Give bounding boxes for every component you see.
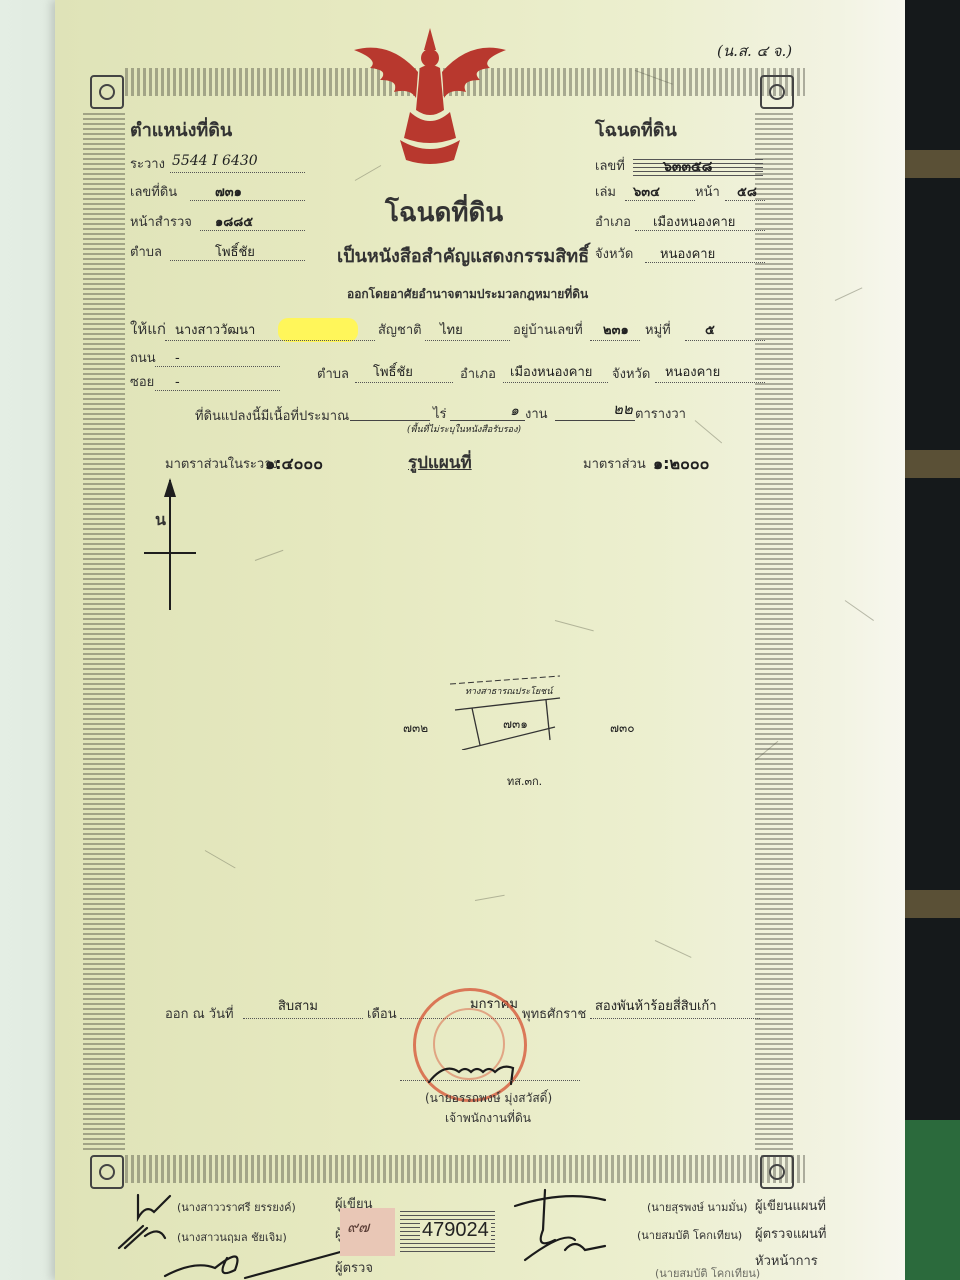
issued-by-text: ออกโดยอาศัยอำนาจตามประมวลกฎหมายที่ดิน (347, 288, 588, 300)
sheet-scale-label: มาตราส่วนในระวาง (165, 458, 278, 471)
deed-province-label: จังหวัด (595, 248, 633, 261)
map-checker-name: (นายสมบัติ โคกเทียน) (637, 1230, 742, 1241)
paper-fiber (655, 940, 692, 958)
issue-year: สองพันห้าร้อยสี่สิบเก้า (595, 1000, 717, 1013)
scale-label: มาตราส่วน (583, 458, 646, 471)
rai-label: ไร่ (433, 408, 447, 421)
officer-title: เจ้าพนักงานที่ดิน (445, 1112, 531, 1124)
paper-fiber (205, 850, 236, 868)
dotted-line (170, 260, 305, 261)
field-label-sheet: ระวาง (130, 158, 165, 171)
paper-fiber (255, 550, 284, 561)
owner-province-label: จังหวัด (612, 368, 650, 381)
soi-value: - (175, 376, 180, 389)
wah-line (555, 420, 635, 421)
road-value: - (175, 352, 180, 365)
deed-province-value: หนองคาย (660, 248, 715, 261)
field-label-parcel-no: เลขที่ดิน (130, 186, 177, 199)
serial-prefix: ๙๗ (347, 1220, 369, 1235)
paper-fiber (835, 287, 863, 301)
nationality-label: สัญชาติ (378, 324, 422, 337)
owner-name: นางสาววัฒนา (175, 324, 255, 337)
background-stripe (905, 150, 960, 178)
scale-value: ๑:๒๐๐๐ (653, 456, 709, 472)
document-subtitle: เป็นหนังสือสำคัญแสดงกรรมสิทธิ์ (337, 248, 589, 266)
parcel-number: ๗๓๑ (503, 718, 528, 730)
dotted-line (190, 200, 305, 201)
issued-at-label: ออก ณ วันที่ (165, 1008, 234, 1021)
dotted-line (400, 1080, 580, 1081)
deed-number-value: ๖๓๓๕๘ (663, 160, 712, 174)
field-value-sheet: 5544 I 6430 (172, 154, 258, 168)
paper-fiber (555, 620, 594, 631)
right-parcel-number: ๗๓๐ (610, 722, 635, 734)
officer-signature (425, 1058, 525, 1088)
deed-heading: โฉนดที่ดิน (595, 122, 677, 140)
location-heading: ตำแหน่งที่ดิน (130, 122, 232, 140)
dotted-line (590, 340, 640, 341)
checker-signature (155, 1240, 365, 1280)
north-arrow-icon (140, 475, 200, 615)
map-title: รูปแผนที่ (408, 455, 472, 472)
subdistrict-label: ตำบล (317, 368, 349, 381)
nationality-value: ไทย (440, 324, 463, 337)
head-name: (นายสมบัติ โคกเทียน) (655, 1268, 760, 1279)
owner-province-value: หนองคาย (665, 366, 720, 379)
dotted-line (170, 172, 305, 173)
field-label-subdistrict: ตำบล (130, 246, 162, 259)
moo-label: หมู่ที่ (645, 324, 671, 337)
dotted-line (155, 366, 280, 367)
deed-district-label: อำเภอ (595, 216, 631, 229)
serial-number: 479024 (420, 1220, 491, 1240)
corner-ornament-icon (90, 1155, 124, 1189)
corner-ornament-icon (760, 75, 794, 109)
area-note: (พื้นที่ไม่ระบุในหนังสือรับรอง) (407, 426, 521, 435)
deed-district-value: เมืองหนองคาย (653, 216, 735, 229)
volume-label: เล่ม (595, 186, 616, 199)
dotted-line (685, 340, 765, 341)
dotted-line (625, 200, 695, 201)
dotted-line (635, 230, 765, 231)
background-stripe (905, 890, 960, 918)
page-value: ๕๘ (737, 186, 757, 199)
head-label: หัวหน้าการ (755, 1255, 818, 1268)
officer-name: (นายอรรถพงษ์ มุ่งสวัสดิ์) (425, 1092, 552, 1104)
owner-district-value: เมืองหนองคาย (510, 366, 592, 379)
area-label: ที่ดินแปลงนี้มีเนื้อที่ประมาณ (195, 410, 349, 423)
bottom-parcel-label: ทส.๓ก. (507, 776, 542, 787)
ngan-label: งาน (525, 408, 548, 421)
month-label: เดือน (367, 1008, 397, 1021)
form-code: (น.ส. ๔ จ.) (717, 44, 792, 59)
issue-day: สิบสาม (278, 1000, 318, 1013)
dotted-line (165, 340, 375, 341)
dotted-line (590, 1018, 760, 1019)
background-stripe (905, 450, 960, 478)
background-green (905, 1120, 960, 1280)
field-label-survey-page: หน้าสำรวจ (130, 216, 192, 229)
subdistrict-value: โพธิ์ชัย (373, 366, 413, 379)
north-label: น (155, 512, 166, 528)
document-title: โฉนดที่ดิน (385, 200, 503, 226)
dotted-line (425, 340, 510, 341)
map-signatures (505, 1180, 615, 1270)
ngan-value: ๑ (510, 404, 519, 418)
border-left (83, 110, 125, 1150)
dotted-line (355, 382, 453, 383)
field-value-parcel-no: ๗๓๑ (215, 186, 242, 199)
volume-value: ๖๓๔ (633, 186, 660, 199)
dotted-line (725, 200, 765, 201)
road-label: ถนน (130, 352, 156, 365)
redacted-surname (278, 318, 358, 342)
given-to-label: ให้แก่ (130, 322, 166, 337)
corner-ornament-icon (90, 75, 124, 109)
map-writer-name: (นายสุรพงษ์ นามมั่น) (647, 1202, 747, 1213)
wah-label: ตารางวา (635, 408, 686, 421)
rai-line (350, 420, 430, 421)
owner-district-label: อำเภอ (460, 368, 496, 381)
writer-signature (130, 1190, 180, 1225)
checker-label: ผู้ตรวจ (335, 1262, 373, 1275)
ngan-line (450, 420, 525, 421)
dotted-line (155, 390, 280, 391)
page-label: หน้า (695, 186, 720, 199)
paper-fiber (845, 600, 874, 621)
sheet-scale-value: ๑:๔๐๐๐ (265, 456, 323, 472)
dotted-line (645, 262, 765, 263)
border-right (755, 110, 793, 1150)
map-writer-label: ผู้เขียนแผนที่ (755, 1200, 826, 1213)
road-label: ทางสาธารณประโยชน์ (465, 688, 552, 697)
map-checker-label: ผู้ตรวจแผนที่ (755, 1228, 826, 1241)
field-value-subdistrict: โพธิ์ชัย (215, 246, 255, 259)
land-title-deed: (น.ส. ๔ จ.) ตำแหน่งที่ดิน ระวาง 5544 I 6… (55, 0, 905, 1280)
background-dark-right (905, 0, 960, 1280)
corner-ornament-icon (760, 1155, 794, 1189)
dotted-line (200, 230, 305, 231)
paper-fiber (475, 895, 505, 901)
paper-fiber (695, 420, 722, 443)
garuda-emblem-icon (350, 20, 510, 170)
dotted-line (655, 382, 765, 383)
wah-value: ๒๒ (613, 402, 633, 417)
house-no-label: อยู่บ้านเลขที่ (513, 324, 583, 337)
soi-label: ซอย (130, 376, 154, 389)
parcel-map (450, 670, 570, 750)
dotted-line (503, 382, 608, 383)
moo-value: ๕ (705, 324, 715, 337)
border-bottom (125, 1155, 805, 1183)
house-no-value: ๒๓๑ (603, 324, 629, 337)
deed-number-label: เลขที่ (595, 160, 625, 173)
writer-name: (นางสาววราศรี ยรรยงค์) (177, 1202, 296, 1213)
field-value-survey-page: ๑๘๘๕ (215, 216, 253, 229)
dotted-line (243, 1018, 363, 1019)
left-parcel-number: ๗๓๒ (403, 722, 428, 734)
year-label: พุทธศักราช (522, 1008, 586, 1021)
